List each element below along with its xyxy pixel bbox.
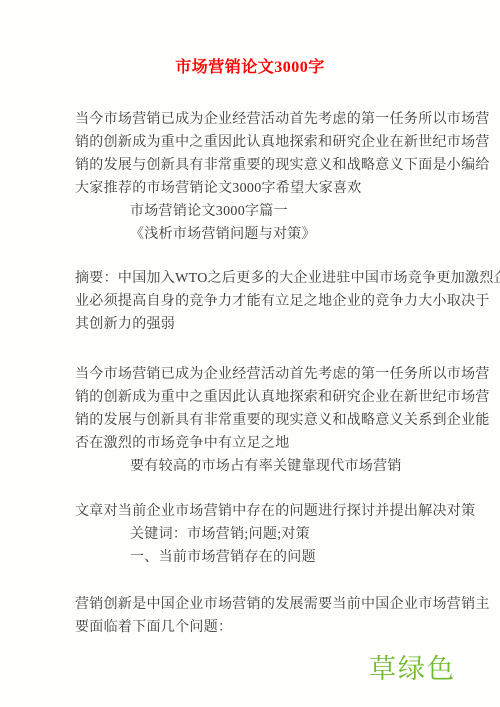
text-line: 销的创新成为重中之重因此认真地探索和研究企业在新世纪市场营 [75, 131, 427, 154]
text-line: 销的发展与创新具有非常重要的现实意义和战略意义下面是小编给 [75, 154, 427, 177]
text-line: 否在激烈的市场竞争中有立足之地 [75, 432, 427, 455]
paragraph-intro: 当今市场营销已成为企业经营活动首先考虑的第一任务所以市场营 销的创新成为重中之重… [75, 108, 427, 246]
text-line: 文章对当前企业市场营销中存在的问题进行探讨并提出解决对策 [75, 500, 427, 523]
text-line: 要有较高的市场占有率关键靠现代市场营销 [75, 455, 427, 478]
paragraph-abstract: 摘要：中国加入WTO之后更多的大企业进驻中国市场竞争更加激烈企 业必须提高自身的… [75, 267, 427, 336]
text-line: 当今市场营销已成为企业经营活动首先考虑的第一任务所以市场营 [75, 363, 427, 386]
paragraph-keywords: 文章对当前企业市场营销中存在的问题进行探讨并提出解决对策 关键词：市场营销;问题… [75, 500, 427, 569]
document-page: 市场营销论文3000字 当今市场营销已成为企业经营活动首先考虑的第一任务所以市场… [0, 0, 500, 707]
text-line-subtitle: 市场营销论文3000字篇一 [75, 200, 427, 223]
text-line-keywords: 关键词：市场营销;问题;对策 [75, 523, 427, 546]
paragraph-problems: 营销创新是中国企业市场营销的发展需要当前中国企业市场营销主 要面临着下面几个问题… [75, 593, 427, 639]
text-line: 摘要：中国加入WTO之后更多的大企业进驻中国市场竞争更加激烈企 [75, 267, 427, 290]
text-line: 当今市场营销已成为企业经营活动首先考虑的第一任务所以市场营 [75, 108, 427, 131]
text-line: 销的发展与创新具有非常重要的现实意义和战略意义关系到企业能 [75, 409, 427, 432]
text-line-article-title: 《浅析市场营销问题与对策》 [75, 223, 427, 246]
text-line: 要面临着下面几个问题： [75, 616, 427, 639]
text-line: 其创新力的强弱 [75, 313, 427, 336]
watermark-text: 草绿色 [369, 654, 456, 686]
text-line: 销的创新成为重中之重因此认真地探索和研究企业在新世纪市场营 [75, 386, 427, 409]
page-title: 市场营销论文3000字 [0, 0, 500, 80]
text-line-section-heading: 一、当前市场营销存在的问题 [75, 546, 427, 569]
text-line: 大家推荐的市场营销论文3000字希望大家喜欢 [75, 177, 427, 200]
text-line: 营销创新是中国企业市场营销的发展需要当前中国企业市场营销主 [75, 593, 427, 616]
text-line: 业必须提高自身的竞争力才能有立足之地企业的竞争力大小取决于 [75, 290, 427, 313]
paragraph-overview: 当今市场营销已成为企业经营活动首先考虑的第一任务所以市场营 销的创新成为重中之重… [75, 363, 427, 478]
document-body: 当今市场营销已成为企业经营活动首先考虑的第一任务所以市场营 销的创新成为重中之重… [75, 108, 427, 639]
